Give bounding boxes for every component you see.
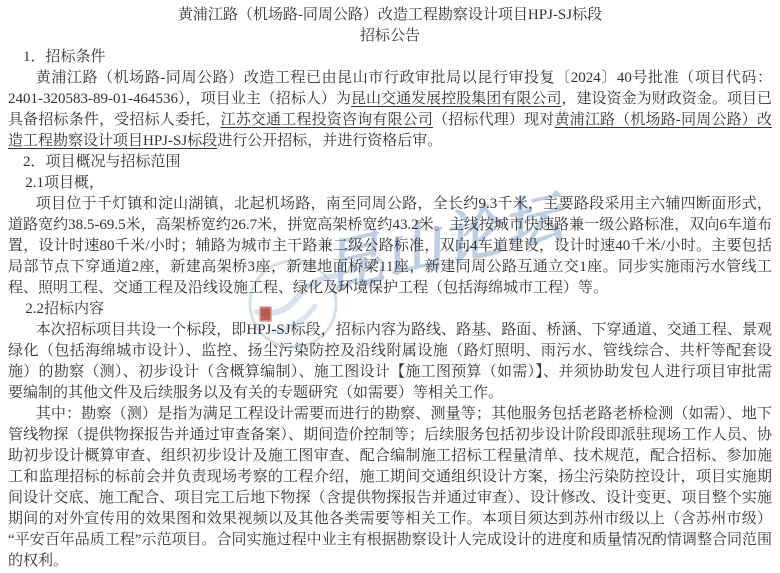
page-container: 昆山论坛 黄浦江路（机场路-同周公路）改造工程勘察设计项目HPJ-SJ标段 招标… [0, 0, 780, 573]
agent-company-underline: 江苏交通工程投资咨询有限公司 [221, 112, 434, 128]
bid-content-paragraph: 本次招标项目共设一个标段，即HPJ-SJ标段，招标内容为路线、路基、路面、桥涵、… [8, 320, 772, 404]
section-1-heading: 1．招标条件 [8, 47, 772, 68]
document-body: 黄浦江路（机场路-同周公路）改造工程勘察设计项目HPJ-SJ标段 招标公告 1．… [0, 0, 780, 572]
text-segment: （招标代理）现对 [433, 112, 554, 128]
subsection-2-1-heading: 2.1项目概， [8, 173, 772, 194]
project-overview-paragraph: 项目位于千灯镇和淀山湖镇，北起机场路，南至同周公路，全长约9.3千米，主要路段采… [8, 194, 772, 299]
doc-title-line2: 招标公告 [8, 26, 772, 47]
owner-company-underline: 昆山交通发展控股集团有限公司 [351, 91, 562, 107]
services-detail-paragraph: 其中：勘察（测）是指为满足工程设计需要而进行的勘察、测量等；其他服务包括老路老桥… [8, 404, 772, 572]
doc-title-line1: 黄浦江路（机场路-同周公路）改造工程勘察设计项目HPJ-SJ标段 [8, 5, 772, 26]
section-1-paragraph: 黄浦江路（机场路-同周公路）改造工程已由昆山市行政审批局以昆行审投复〔2024〕… [8, 68, 772, 152]
text-segment: 进行公开招标，并进行资格后审。 [217, 133, 442, 149]
section-2-heading: 2．项目概况与招标范围 [8, 152, 772, 173]
subsection-2-2-heading: 2.2招标内容 [8, 299, 772, 320]
